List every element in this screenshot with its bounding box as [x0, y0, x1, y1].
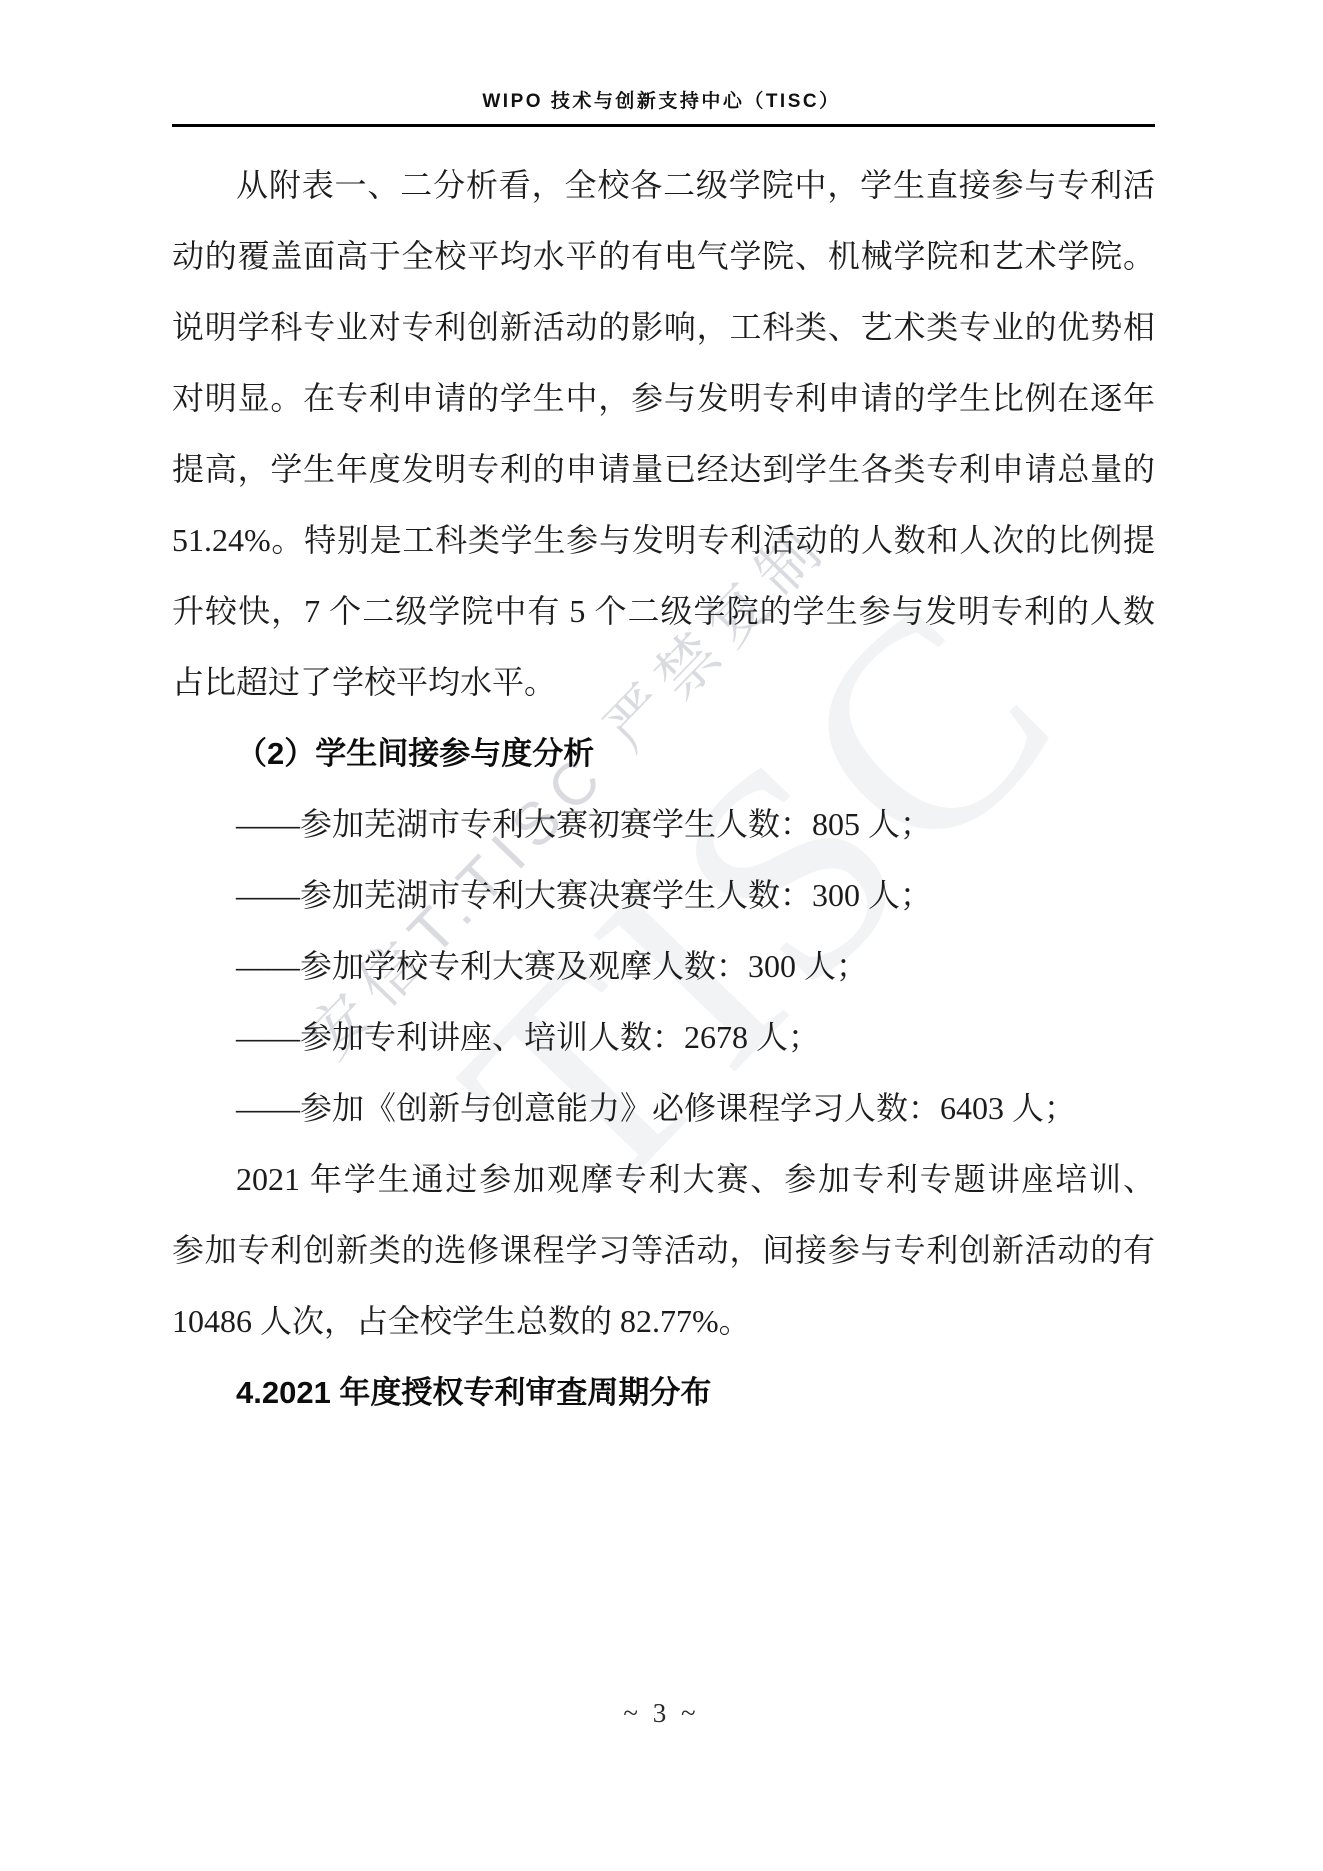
page-number: ~ 3 ~ — [0, 1698, 1323, 1729]
page-header-title: WIPO 技术与创新支持中心（TISC） — [0, 86, 1323, 113]
body-line: 2021 年学生通过参加观摩专利大赛、参加专利专题讲座培训、 — [172, 1144, 1155, 1215]
body-line: 10486 人次，占全校学生总数的 82.77%。 — [172, 1286, 1155, 1357]
list-item: ——参加芜湖市专利大赛初赛学生人数：805 人； — [172, 789, 1155, 860]
body-line: 对明显。在专利申请的学生中，参与发明专利申请的学生比例在逐年 — [172, 363, 1155, 434]
body-line: 从附表一、二分析看，全校各二级学院中，学生直接参与专利活 — [172, 150, 1155, 221]
heading: （2）学生间接参与度分析 — [172, 718, 1155, 789]
body-line: 说明学科专业对专利创新活动的影响，工科类、艺术类专业的优势相 — [172, 292, 1155, 363]
body-line: 动的覆盖面高于全校平均水平的有电气学院、机械学院和艺术学院。 — [172, 221, 1155, 292]
list-item: ——参加《创新与创意能力》必修课程学习人数：6403 人； — [172, 1073, 1155, 1144]
header-divider-rule — [172, 124, 1155, 127]
list-item: ——参加专利讲座、培训人数：2678 人； — [172, 1002, 1155, 1073]
body-line: 提高，学生年度发明专利的申请量已经达到学生各类专利申请总量的 — [172, 434, 1155, 505]
body-line: 参加专利创新类的选修课程学习等活动，间接参与专利创新活动的有 — [172, 1215, 1155, 1286]
body-line: 升较快，7 个二级学院中有 5 个二级学院的学生参与发明专利的人数 — [172, 576, 1155, 647]
heading: 4.2021 年度授权专利审查周期分布 — [172, 1357, 1155, 1428]
body-line: 51.24%。特别是工科类学生参与发明专利活动的人数和人次的比例提 — [172, 505, 1155, 576]
document-page: WIPO 技术与创新支持中心（TISC） TISC 安信T.TISC 严禁复制 … — [0, 0, 1323, 1871]
list-item: ——参加芜湖市专利大赛决赛学生人数：300 人； — [172, 860, 1155, 931]
list-item: ——参加学校专利大赛及观摩人数：300 人； — [172, 931, 1155, 1002]
content: 从附表一、二分析看，全校各二级学院中，学生直接参与专利活动的覆盖面高于全校平均水… — [172, 150, 1155, 1428]
body-line: 占比超过了学校平均水平。 — [172, 647, 1155, 718]
